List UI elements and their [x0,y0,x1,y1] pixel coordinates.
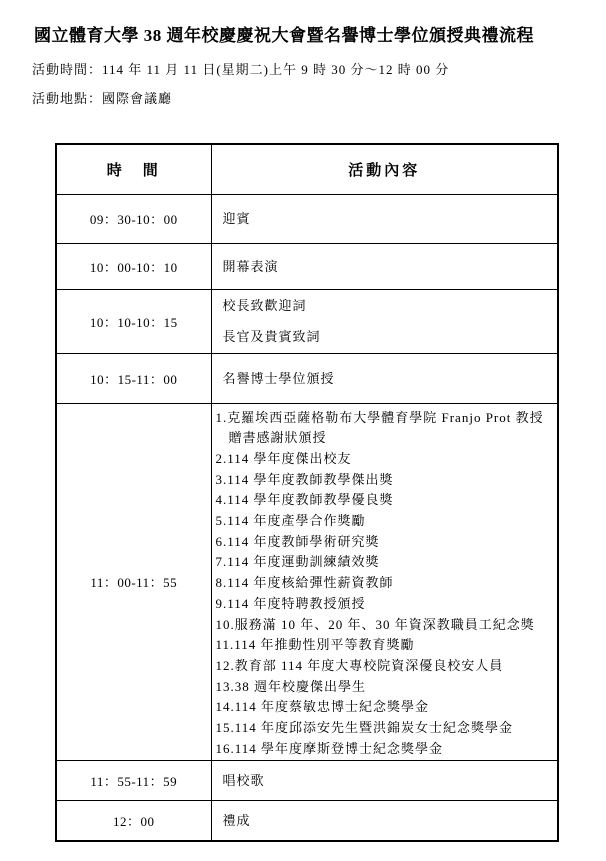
award-list-item: 13.38 週年校慶傑出學生 [216,677,552,698]
table-row: 10：10-10：15 校長致歡迎詞 長官及貴賓致詞 [56,289,558,353]
table-header-row: 時 間 活動內容 [56,144,558,194]
table-row: 12：00 禮成 [56,800,558,841]
document-page: 國立體育大學 38 週年校慶慶祝大會暨名譽博士學位頒授典禮流程 活動時間：114… [0,0,606,861]
award-list-item: 9.114 年度特聘教授頒授 [216,594,552,615]
time-cell: 11：55-11：59 [56,760,211,800]
activity-text: 迎賓 [223,203,552,234]
award-list-item: 1.克羅埃西亞薩格勒布大學體育學院 Franjo Prot 教授贈書感謝狀頒授 [216,408,552,449]
event-time-line: 活動時間：114 年 11 月 11 日(星期二)上午 9 時 30 分～12 … [32,59,449,78]
content-cell: 唱校歌 [211,760,558,800]
activity-text: 禮成 [223,805,552,836]
time-cell: 10：10-10：15 [56,289,211,353]
award-list-item: 4.114 學年度教師教學優良獎 [216,490,552,511]
event-location-line: 活動地點：國際會議廳 [32,88,172,107]
header-time: 時 間 [56,144,211,194]
content-cell-awards-list: 1.克羅埃西亞薩格勒布大學體育學院 Franjo Prot 教授贈書感謝狀頒授 … [211,403,558,760]
activity-text: 名譽博士學位頒授 [223,363,552,394]
table-row: 10：15-11：00 名譽博士學位頒授 [56,353,558,403]
schedule-table: 時 間 活動內容 09：30-10：00 迎賓 10：00-10：10 開幕表演… [55,143,559,842]
award-list-item: 5.114 年度產學合作獎勵 [216,511,552,532]
award-list-item: 6.114 年度教師學術研究獎 [216,532,552,553]
award-list-item: 11.114 年推動性別平等教育獎勵 [216,635,552,656]
time-cell: 10：15-11：00 [56,353,211,403]
header-content: 活動內容 [211,144,558,194]
table-row: 10：00-10：10 開幕表演 [56,243,558,289]
award-list-item: 2.114 學年度傑出校友 [216,449,552,470]
content-cell: 開幕表演 [211,243,558,289]
content-cell: 迎賓 [211,194,558,243]
content-cell: 禮成 [211,800,558,841]
page-title: 國立體育大學 38 週年校慶慶祝大會暨名譽博士學位頒授典禮流程 [34,21,534,46]
table-row: 11：55-11：59 唱校歌 [56,760,558,800]
event-location-label: 活動地點： [32,91,102,106]
time-cell: 10：00-10：10 [56,243,211,289]
content-cell: 名譽博士學位頒授 [211,353,558,403]
event-time-value: 114 年 11 月 11 日(星期二)上午 9 時 30 分～12 時 00 … [102,62,449,77]
activity-text: 校長致歡迎詞 [223,290,552,321]
award-list-item: 3.114 學年度教師教學傑出獎 [216,470,552,491]
time-cell: 09：30-10：00 [56,194,211,243]
table-row: 09：30-10：00 迎賓 [56,194,558,243]
award-list-item: 16.114 學年度摩斯登博士紀念獎學金 [216,739,552,760]
activity-text: 唱校歌 [223,765,552,796]
content-cell: 校長致歡迎詞 長官及貴賓致詞 [211,289,558,353]
time-cell: 11：00-11：55 [56,403,211,760]
event-location-value: 國際會議廳 [102,91,172,106]
award-list-item: 14.114 年度蔡敏忠博士紀念獎學金 [216,697,552,718]
table-row-awards: 11：00-11：55 1.克羅埃西亞薩格勒布大學體育學院 Franjo Pro… [56,403,558,760]
time-cell: 12：00 [56,800,211,841]
award-list-item: 10.服務滿 10 年、20 年、30 年資深教職員工紀念獎 [216,615,552,636]
event-time-label: 活動時間： [32,62,102,77]
award-list-item: 7.114 年度運動訓練績效獎 [216,552,552,573]
award-list-item: 8.114 年度核給彈性薪資教師 [216,573,552,594]
award-list-item: 12.教育部 114 年度大專校院資深優良校安人員 [216,656,552,677]
activity-text: 開幕表演 [223,251,552,282]
award-list-item: 15.114 年度邱添安先生暨洪錦炭女士紀念獎學金 [216,718,552,739]
activity-text: 長官及貴賓致詞 [223,321,552,352]
